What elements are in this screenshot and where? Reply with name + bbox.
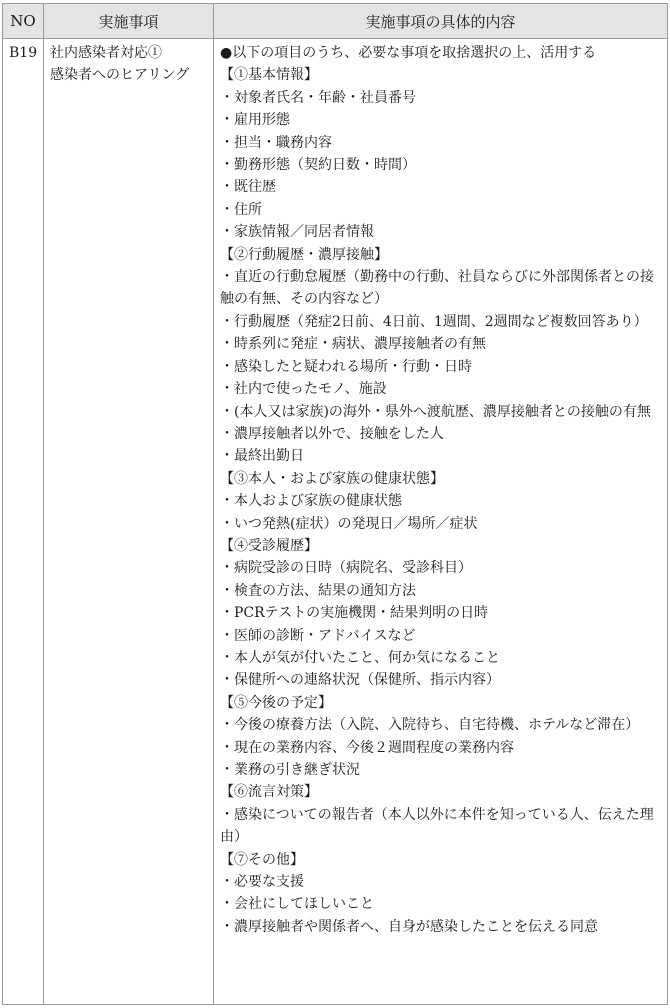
content-line: ・検査の方法、結果の通知方法 [220,580,663,602]
measures-table: NO 実施事項 実施事項の具体的内容 B19 社内感染者対応① 感染者へのヒアリ… [2,3,668,1005]
content-line: ・勤務形態（契約日数・時間） [220,154,663,176]
content-line: 【②行動履歴・濃厚接触】 [220,244,663,266]
cell-item: 社内感染者対応① 感染者へのヒアリング [44,39,214,1005]
content-line: ・いつ発熱(症状）の発現日／場所／症状 [220,513,663,535]
content-line: 【⑤今後の予定】 [220,692,663,714]
item-line: 社内感染者対応① [50,42,207,64]
content-line: ・会社にしてほしいこと [220,893,663,915]
content-line: ・雇用形態 [220,109,663,131]
content-line: ・医師の診断・アドバイスなど [220,625,663,647]
content-line: ・(本人又は家族)の海外・県外へ渡航歴、濃厚接触者との接触の有無 [220,401,663,423]
header-content: 実施事項の具体的内容 [214,4,668,39]
header-item: 実施事項 [44,4,214,39]
content-line: 【④受診履歴】 [220,535,663,557]
content-line: ・対象者氏名・年齢・社員番号 [220,87,663,109]
cell-no: B19 [3,39,44,1005]
content-line: 【⑦その他】 [220,849,663,871]
content-line: ・感染したと疑われる場所・行動・日時 [220,356,663,378]
content-line: ・既往歴 [220,176,663,198]
cell-content: ●以下の項目のうち、必要な事項を取捨選択の上、活用する【①基本情報】・対象者氏名… [214,39,668,1005]
content-line: 【③本人・および家族の健康状態】 [220,468,663,490]
header-no: NO [3,4,44,39]
content-line: 【①基本情報】 [220,64,663,86]
content-line: ●以下の項目のうち、必要な事項を取捨選択の上、活用する [220,42,663,64]
content-line: ・時系列に発症・病状、濃厚接触者の有無 [220,333,663,355]
content-line: ・家族情報／同居者情報 [220,221,663,243]
content-line: ・最終出勤日 [220,445,663,467]
content-line: ・住所 [220,199,663,221]
content-line: ・病院受診の日時（病院名、受診科目） [220,557,663,579]
content-line: ・今後の療養方法（入院、入院待ち、自宅待機、ホテルなど滞在） [220,714,663,736]
table-row: B19 社内感染者対応① 感染者へのヒアリング ●以下の項目のうち、必要な事項を… [3,39,668,1005]
content-line: ・保健所への連絡状況（保健所、指示内容） [220,669,663,691]
content-line: ・PCRテストの実施機関・結果判明の日時 [220,602,663,624]
content-line: 【⑥流言対策】 [220,781,663,803]
content-line: ・社内で使ったモノ、施設 [220,378,663,400]
item-line: 感染者へのヒアリング [50,64,207,86]
content-line: ・濃厚接触者や関係者へ、自身が感染したことを伝える同意 [220,916,663,938]
content-line: ・本人が気が付いたこと、何か気になること [220,647,663,669]
content-line: ・業務の引き継ぎ状況 [220,759,663,781]
header-row: NO 実施事項 実施事項の具体的内容 [3,4,668,39]
content-line: ・担当・職務内容 [220,132,663,154]
content-line: ・直近の行動怠履歴（勤務中の行動、社員ならびに外部関係者との接触の有無、その内容… [220,266,663,311]
content-line: ・本人および家族の健康状態 [220,490,663,512]
content-line: ・感染についての報告者（本人以外に本件を知っている人、伝えた理由） [220,804,663,849]
content-line: ・行動履歴（発症2日前、4日前、1週間、2週間など複数回答あり） [220,311,663,333]
content-line: ・現在の業務内容、今後２週間程度の業務内容 [220,737,663,759]
content-line: ・必要な支援 [220,871,663,893]
content-line: ・濃厚接触者以外で、接触をした人 [220,423,663,445]
